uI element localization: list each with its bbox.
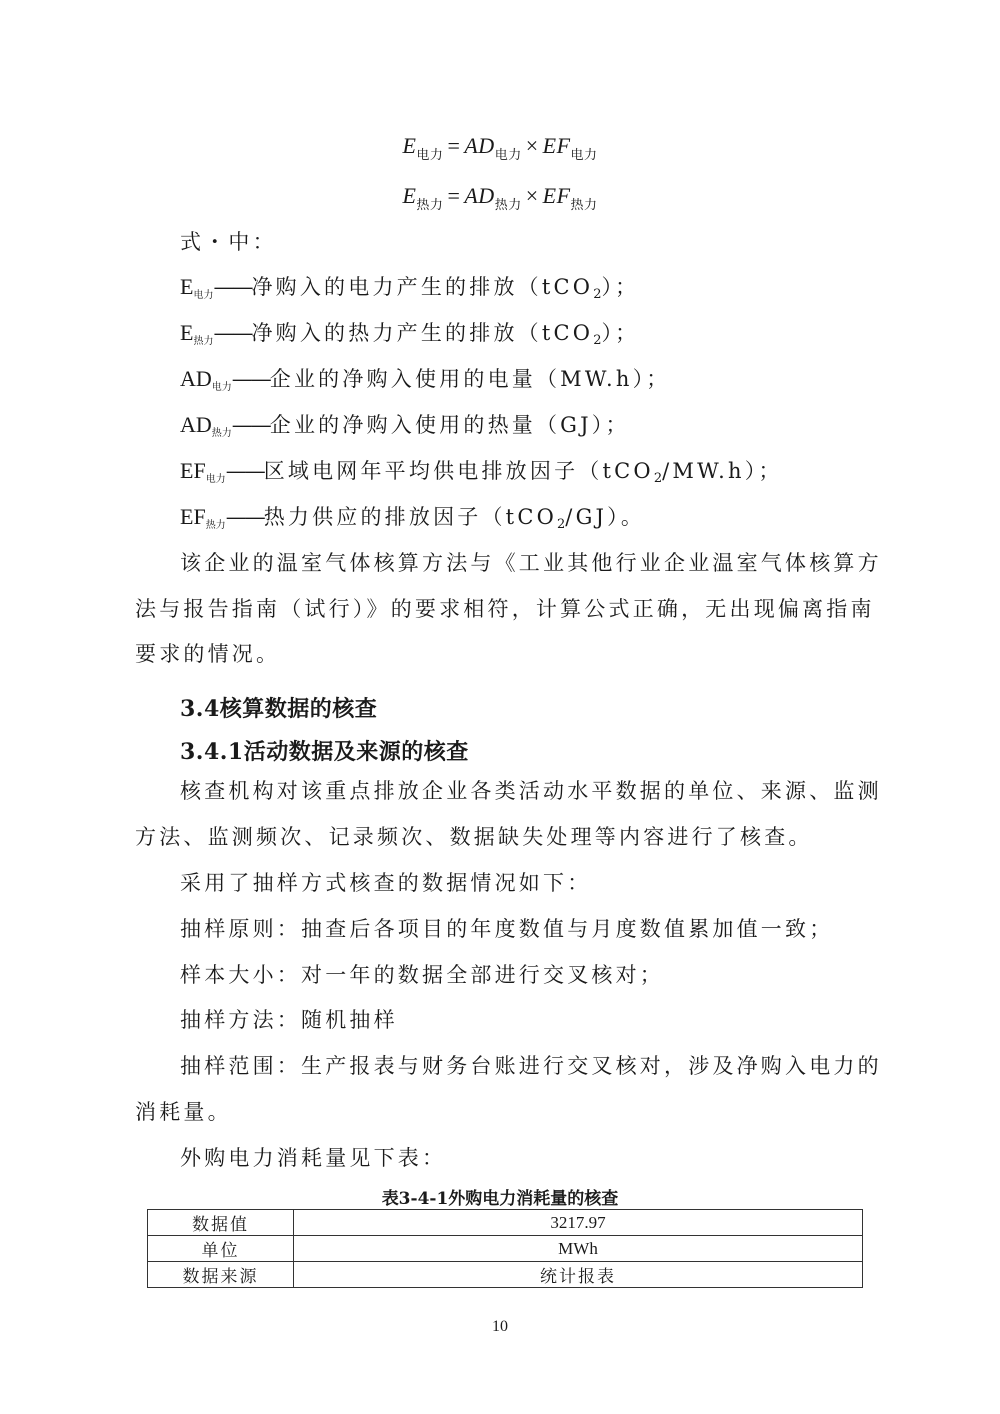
table-value-cell: 统计报表 (294, 1262, 863, 1288)
definition-item: EF热力——热力供应的排放因子（tCO2/GJ）。 (180, 501, 645, 531)
def-text: 企业的净购入使用的热量（GJ）； (270, 413, 630, 437)
formula-subscript: 热力 (416, 198, 443, 213)
formula-operator: = (443, 133, 464, 158)
where-label: 式・中： (180, 226, 277, 256)
def-symbol: AD (180, 366, 212, 391)
definition-item: E热力——净购入的热力产生的排放（tCO2）； (180, 317, 639, 347)
document-page: E电力=AD电力×EF电力 E热力=AD热力×EF热力 式・中： E电力——净购… (0, 0, 1000, 1414)
table-key-cell: 数据值 (148, 1210, 294, 1236)
formula-operator: = (443, 183, 464, 208)
formula-symbol: AD (464, 183, 494, 208)
table-intro: 外购电力消耗量见下表： (180, 1142, 446, 1172)
conclusion-line: 要求的情况。 (135, 638, 280, 668)
def-subscript: 电力 (206, 474, 226, 485)
check-paragraph-line: 方法、监测频次、记录频次、数据缺失处理等内容进行了核查。 (135, 821, 813, 851)
table-value-cell: MWh (294, 1236, 863, 1262)
formula-symbol: EF (543, 133, 571, 158)
table-key-cell: 单位 (148, 1236, 294, 1262)
def-tail: /GJ）。 (565, 505, 645, 529)
page-number: 10 (0, 1318, 1000, 1336)
def-dash: —— (213, 275, 251, 299)
formula-symbol: E (402, 133, 416, 158)
def-dash: —— (232, 413, 270, 437)
formula-subscript: 热力 (571, 198, 598, 213)
conclusion-line: 该企业的温室气体核算方法与《工业其他行业企业温室气体核算方 (180, 547, 882, 577)
formula-operator: × (522, 183, 543, 208)
def-symbol: EF (180, 504, 206, 529)
def-subscript: 电力 (193, 290, 213, 301)
conclusion-line: 法与报告指南（试行）》的要求相符，计算公式正确，无出现偏离指南 (135, 593, 875, 623)
formula-electricity: E电力=AD电力×EF电力 (0, 133, 1000, 159)
def-unit-subscript: 2 (557, 517, 565, 532)
def-symbol: EF (180, 458, 206, 483)
sampling-principle: 抽样原则：抽查后各项目的年度数值与月度数值累加值一致； (180, 913, 833, 943)
table-row: 数据值 3217.97 (148, 1210, 863, 1236)
definition-item: AD电力——企业的净购入使用的电量（MW.h）； (180, 363, 671, 393)
table-row: 单位 MWh (148, 1236, 863, 1262)
def-symbol: AD (180, 412, 212, 437)
def-text: 热力供应的排放因子（tCO (264, 505, 557, 529)
formula-subscript: 电力 (416, 148, 443, 163)
def-dash: —— (226, 505, 264, 529)
sampling-intro: 采用了抽样方式核查的数据情况如下： (180, 867, 591, 897)
table-title: 表3-4-1外购电力消耗量的核查 (0, 1184, 1000, 1209)
formula-symbol: AD (464, 133, 494, 158)
sampling-method: 抽样方法：随机抽样 (180, 1004, 398, 1034)
def-text: 区域电网年平均供电排放因子（tCO (264, 459, 654, 483)
def-subscript: 电力 (212, 382, 232, 393)
formula-symbol: E (402, 183, 416, 208)
formula-subscript: 电力 (495, 148, 522, 163)
definition-item: E电力——净购入的电力产生的排放（tCO2）； (180, 271, 639, 301)
table-row: 数据来源 统计报表 (148, 1262, 863, 1288)
def-unit-subscript: 2 (593, 333, 601, 348)
def-tail: ）； (601, 275, 639, 299)
def-subscript: 热力 (193, 336, 213, 347)
formula-operator: × (522, 133, 543, 158)
def-unit-subscript: 2 (654, 471, 662, 486)
formula-subscript: 热力 (495, 198, 522, 213)
def-dash: —— (213, 321, 251, 345)
table-key-cell: 数据来源 (148, 1262, 294, 1288)
def-subscript: 热力 (212, 428, 232, 439)
formula-subscript: 电力 (571, 148, 598, 163)
def-text: 企业的净购入使用的电量（MW.h）； (270, 367, 671, 391)
section-heading-3-4-1: 3.4.1活动数据及来源的核查 (180, 735, 469, 766)
sample-size: 样本大小：对一年的数据全部进行交叉核对； (180, 959, 664, 989)
table-value-cell: 3217.97 (294, 1210, 863, 1236)
def-tail: ）； (601, 321, 639, 345)
def-symbol: E (180, 274, 193, 299)
def-unit-subscript: 2 (593, 287, 601, 302)
def-text: 净购入的热力产生的排放（tCO (251, 321, 593, 345)
electricity-consumption-table: 数据值 3217.97 单位 MWh 数据来源 统计报表 (147, 1209, 863, 1288)
def-dash: —— (232, 367, 270, 391)
formula-heat: E热力=AD热力×EF热力 (0, 183, 1000, 209)
def-dash: —— (226, 459, 264, 483)
def-symbol: E (180, 320, 193, 345)
def-text: 净购入的电力产生的排放（tCO (251, 275, 593, 299)
sampling-scope-line: 抽样范围：生产报表与财务台账进行交叉核对，涉及净购入电力的 (180, 1050, 882, 1080)
check-paragraph-line: 核查机构对该重点排放企业各类活动水平数据的单位、来源、监测 (180, 775, 882, 805)
definition-item: EF电力——区域电网年平均供电排放因子（tCO2/MW.h）； (180, 455, 783, 485)
def-tail: /MW.h）； (662, 459, 783, 483)
sampling-scope-line: 消耗量。 (135, 1096, 232, 1126)
section-heading-3-4: 3.4核算数据的核查 (180, 692, 377, 723)
formula-symbol: EF (543, 183, 571, 208)
def-subscript: 热力 (206, 520, 226, 531)
definition-item: AD热力——企业的净购入使用的热量（GJ）； (180, 409, 630, 439)
